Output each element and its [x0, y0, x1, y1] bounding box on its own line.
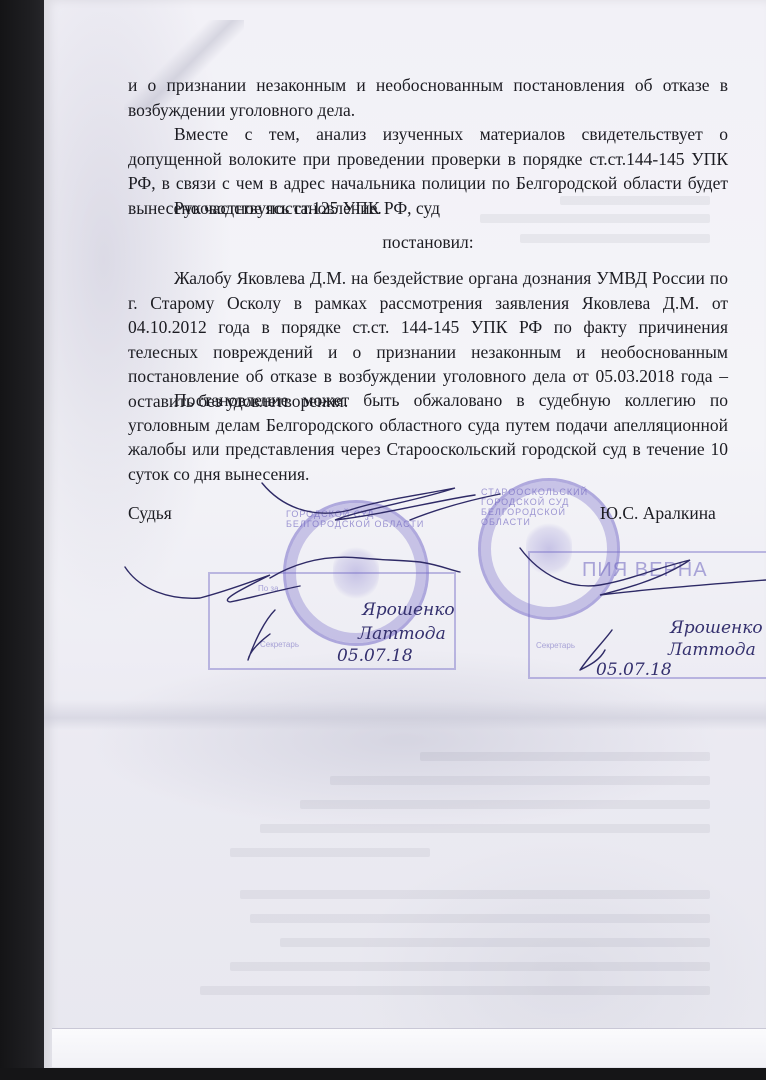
scanner-background-bottom — [0, 1068, 766, 1080]
handwritten-name: Ярошенко — [670, 618, 763, 638]
handwritten-name: Латтода — [358, 624, 446, 644]
handwritten-date: 05.07.18 — [596, 660, 672, 680]
paper-bottom-edge — [52, 1028, 766, 1067]
handwritten-signatures — [0, 0, 766, 1080]
handwritten-name: Ярошенко — [362, 600, 455, 620]
handwritten-date: 05.07.18 — [337, 646, 413, 666]
handwritten-name: Латтода — [668, 640, 756, 660]
